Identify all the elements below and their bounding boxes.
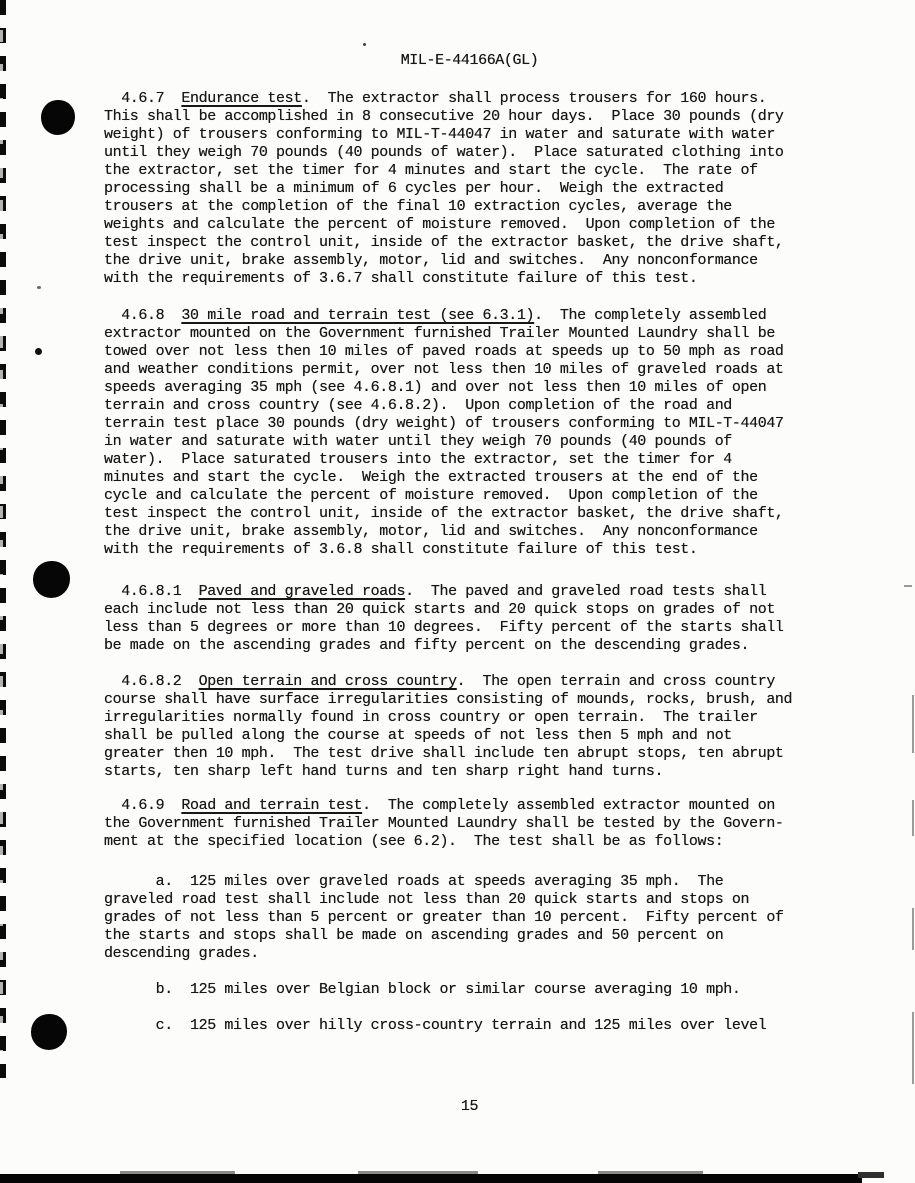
section-number: 4.6.8.1 <box>104 583 199 600</box>
list-item-c: c. 125 miles over hilly cross-country te… <box>104 1017 844 1035</box>
paragraph-4-6-8: 4.6.8 30 mile road and terrain test (see… <box>104 307 844 559</box>
section-number: 4.6.7 <box>104 90 181 107</box>
paragraph-4-6-7: 4.6.7 Endurance test. The extractor shal… <box>104 90 844 288</box>
section-body: . The completely assembled extractor mou… <box>104 307 784 558</box>
scan-artifact-bottom-bar <box>0 1174 862 1183</box>
page-number: 15 <box>0 1098 915 1116</box>
scan-artifact-right-mark <box>912 695 914 753</box>
stray-bullet-mark <box>35 348 42 355</box>
section-heading: Open terrain and cross country <box>199 673 457 690</box>
scan-artifact-right-mark <box>912 800 914 836</box>
scan-artifact-right-mark <box>912 1012 914 1084</box>
section-number: 4.6.9 <box>104 797 181 814</box>
paragraph-4-6-8-1: 4.6.8.1 Paved and graveled roads. The pa… <box>104 583 844 655</box>
scan-artifact-right-mark <box>904 585 912 587</box>
section-heading: 30 mile road and terrain test (see 6.3.1… <box>181 307 534 324</box>
scan-artifact-right-mark <box>912 908 914 950</box>
paragraph-4-6-9: 4.6.9 Road and terrain test. The complet… <box>104 797 844 851</box>
hole-punch-dot <box>41 100 75 135</box>
speck-mark <box>37 286 41 289</box>
document-id-header: MIL-E-44166A(GL) <box>0 52 915 70</box>
section-heading: Paved and graveled roads <box>199 583 405 600</box>
document-page: MIL-E-44166A(GL) 4.6.7 Endurance test. T… <box>0 0 915 1183</box>
section-heading: Endurance test <box>181 90 301 107</box>
section-heading: Road and terrain test <box>181 797 362 814</box>
list-item-b: b. 125 miles over Belgian block or simil… <box>104 981 844 999</box>
section-number: 4.6.8.2 <box>104 673 199 690</box>
speck-mark <box>363 43 366 46</box>
hole-punch-dot <box>33 561 70 598</box>
section-body: . The extractor shall process trousers f… <box>104 90 784 287</box>
scan-artifact-bottom-bar-end <box>858 1172 884 1178</box>
paragraph-4-6-8-2: 4.6.8.2 Open terrain and cross country. … <box>104 673 844 781</box>
binding-edge-marks-overlay <box>0 8 3 1068</box>
hole-punch-dot <box>31 1014 67 1050</box>
list-item-a: a. 125 miles over graveled roads at spee… <box>104 873 844 963</box>
section-number: 4.6.8 <box>104 307 181 324</box>
